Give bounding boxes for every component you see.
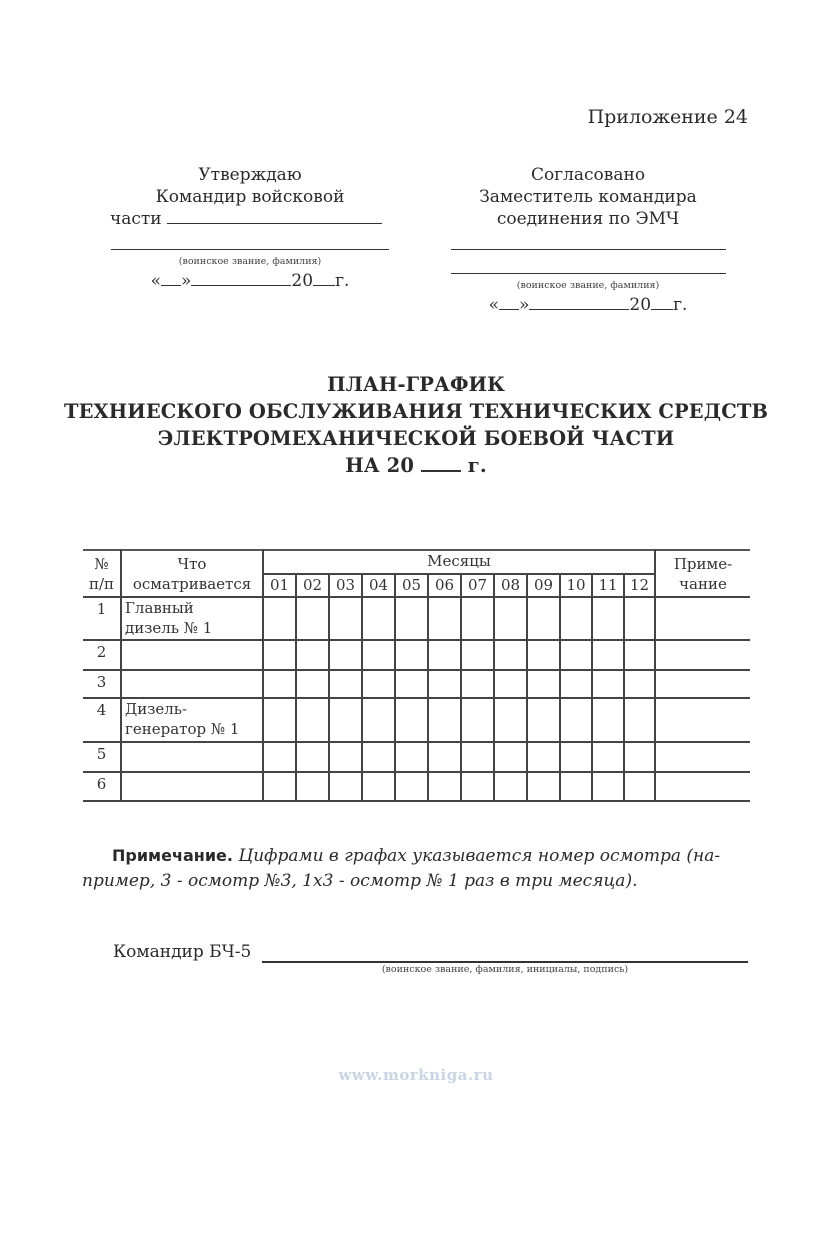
agree-position: Заместитель командира [438, 186, 738, 208]
month-cell[interactable] [592, 742, 624, 772]
month-cell[interactable] [428, 698, 461, 742]
title-line-3: ЭЛЕКТРОМЕХАНИЧЕСКОЙ БОЕВОЙ ЧАСТИ [0, 425, 832, 452]
month-cell[interactable] [362, 698, 395, 742]
month-header: 07 [461, 574, 494, 597]
approve-month-field[interactable] [191, 285, 291, 286]
month-cell[interactable] [263, 742, 296, 772]
month-cell[interactable] [395, 698, 428, 742]
month-cell[interactable] [428, 670, 461, 698]
row-what-inspected[interactable] [121, 670, 263, 698]
month-cell[interactable] [329, 670, 362, 698]
month-cell[interactable] [263, 670, 296, 698]
month-cell[interactable] [263, 597, 296, 640]
month-cell[interactable] [592, 597, 624, 640]
agree-block: Согласовано Заместитель командира соедин… [438, 164, 738, 316]
month-cell[interactable] [560, 597, 592, 640]
title-year-field[interactable] [421, 470, 461, 472]
row-number: 4 [83, 698, 121, 742]
month-cell[interactable] [592, 640, 624, 670]
document-title: ПЛАН-ГРАФИК ТЕХНИЕСКОГО ОБСЛУЖИВАНИЯ ТЕХ… [0, 371, 832, 479]
month-cell[interactable] [461, 640, 494, 670]
month-cell[interactable] [329, 742, 362, 772]
month-cell[interactable] [428, 597, 461, 640]
month-cell[interactable] [461, 742, 494, 772]
month-header: 01 [263, 574, 296, 597]
approve-block: Утверждаю Командир войсковой части (воин… [100, 164, 400, 292]
month-cell[interactable] [329, 640, 362, 670]
month-header: 03 [329, 574, 362, 597]
signature-caption: (воинское звание, фамилия, инициалы, под… [262, 964, 748, 976]
month-header: 04 [362, 574, 395, 597]
row-note-cell[interactable] [655, 670, 750, 698]
row-number: 2 [83, 640, 121, 670]
row-what-inspected[interactable] [121, 640, 263, 670]
month-cell[interactable] [494, 772, 527, 801]
month-cell[interactable] [395, 772, 428, 801]
month-cell[interactable] [296, 640, 329, 670]
month-cell[interactable] [494, 640, 527, 670]
month-cell[interactable] [560, 772, 592, 801]
month-cell[interactable] [624, 742, 655, 772]
month-cell[interactable] [296, 670, 329, 698]
row-note-cell[interactable] [655, 698, 750, 742]
note-label: Примечание. [82, 846, 233, 865]
month-cell[interactable] [395, 670, 428, 698]
agree-year-field[interactable] [651, 309, 673, 310]
month-cell[interactable] [494, 597, 527, 640]
month-cell[interactable] [296, 772, 329, 801]
agree-heading: Согласовано [438, 164, 738, 186]
table-row: 6 [83, 772, 750, 801]
row-number: 3 [83, 670, 121, 698]
month-cell[interactable] [296, 698, 329, 742]
table-row: 3 [83, 670, 750, 698]
month-cell[interactable] [461, 670, 494, 698]
header-note: Приме- чание [655, 550, 750, 597]
month-cell[interactable] [592, 670, 624, 698]
table-row: 4Дизель-генератор № 1 [83, 698, 750, 742]
month-cell[interactable] [329, 772, 362, 801]
month-cell[interactable] [329, 597, 362, 640]
month-header: 09 [527, 574, 560, 597]
approve-unit-field[interactable] [167, 223, 382, 224]
appendix-label: Приложение 24 [588, 106, 748, 128]
month-cell[interactable] [395, 640, 428, 670]
month-header: 08 [494, 574, 527, 597]
agree-day-field[interactable] [499, 309, 519, 310]
month-cell[interactable] [527, 742, 560, 772]
month-cell[interactable] [527, 640, 560, 670]
agree-date: «»20г. [438, 294, 738, 316]
month-cell[interactable] [494, 742, 527, 772]
month-cell[interactable] [624, 670, 655, 698]
month-cell[interactable] [329, 698, 362, 742]
approve-year-field[interactable] [313, 285, 335, 286]
month-cell[interactable] [362, 742, 395, 772]
schedule-table: № п/п Что осматривается Месяцы Приме- ча… [83, 549, 750, 802]
month-cell[interactable] [592, 772, 624, 801]
title-line-1: ПЛАН-ГРАФИК [0, 371, 832, 398]
month-cell[interactable] [560, 640, 592, 670]
month-cell[interactable] [624, 698, 655, 742]
table-row: 1Главныйдизель № 1 [83, 597, 750, 640]
header-what: Что осматривается [121, 550, 263, 597]
month-cell[interactable] [428, 742, 461, 772]
month-cell[interactable] [560, 742, 592, 772]
agree-field-1[interactable] [451, 249, 726, 250]
month-cell[interactable] [263, 772, 296, 801]
month-cell[interactable] [527, 670, 560, 698]
title-line-4: НА 20 г. [0, 452, 832, 479]
month-cell[interactable] [428, 772, 461, 801]
month-cell[interactable] [428, 640, 461, 670]
signature-field[interactable] [262, 961, 748, 963]
month-cell[interactable] [395, 742, 428, 772]
month-cell[interactable] [263, 640, 296, 670]
row-note-cell[interactable] [655, 640, 750, 670]
month-cell[interactable] [362, 772, 395, 801]
row-what-inspected[interactable] [121, 742, 263, 772]
month-header: 02 [296, 574, 329, 597]
agree-month-field[interactable] [529, 309, 629, 310]
month-cell[interactable] [296, 597, 329, 640]
month-cell[interactable] [494, 698, 527, 742]
approve-rank-caption: (воинское звание, фамилия) [100, 256, 400, 268]
approve-day-field[interactable] [161, 285, 181, 286]
month-cell[interactable] [362, 640, 395, 670]
month-cell[interactable] [461, 698, 494, 742]
month-cell[interactable] [296, 742, 329, 772]
month-cell[interactable] [362, 670, 395, 698]
month-cell[interactable] [624, 597, 655, 640]
agree-rank-name-field[interactable] [451, 273, 726, 274]
month-cell[interactable] [527, 597, 560, 640]
month-cell[interactable] [461, 597, 494, 640]
month-cell[interactable] [560, 698, 592, 742]
watermark: www.morkniga.ru [0, 1066, 832, 1084]
signature-label: Командир БЧ-5 [113, 942, 251, 962]
approve-rank-name-field[interactable] [111, 249, 389, 250]
row-what-inspected[interactable]: Дизель-генератор № 1 [121, 698, 263, 742]
approve-position: Командир войсковой [100, 186, 400, 208]
header-months: Месяцы [263, 550, 655, 574]
month-cell[interactable] [362, 597, 395, 640]
header-num: № п/п [83, 550, 121, 597]
agree-position-unit: соединения по ЭМЧ [438, 208, 738, 230]
month-cell[interactable] [624, 772, 655, 801]
row-what-inspected[interactable]: Главныйдизель № 1 [121, 597, 263, 640]
approve-unit-label: части [110, 209, 162, 229]
title-line-2: ТЕХНИЕСКОГО ОБСЛУЖИВАНИЯ ТЕХНИЧЕСКИХ СРЕ… [0, 398, 832, 425]
note-paragraph: Примечание. Цифрами в графах указывается… [82, 843, 752, 894]
month-cell[interactable] [494, 670, 527, 698]
month-cell[interactable] [624, 640, 655, 670]
approve-date: «»20г. [100, 270, 400, 292]
month-cell[interactable] [263, 698, 296, 742]
month-cell[interactable] [560, 670, 592, 698]
month-cell[interactable] [461, 772, 494, 801]
month-cell[interactable] [592, 698, 624, 742]
month-header: 11 [592, 574, 624, 597]
month-cell[interactable] [527, 772, 560, 801]
row-what-inspected[interactable] [121, 772, 263, 801]
month-header: 06 [428, 574, 461, 597]
month-cell[interactable] [395, 597, 428, 640]
month-header: 12 [624, 574, 655, 597]
row-note-cell[interactable] [655, 772, 750, 801]
table-row: 5 [83, 742, 750, 772]
row-number: 5 [83, 742, 121, 772]
row-note-cell[interactable] [655, 742, 750, 772]
agree-rank-caption: (воинское звание, фамилия) [438, 280, 738, 292]
row-note-cell[interactable] [655, 597, 750, 640]
month-header: 05 [395, 574, 428, 597]
month-cell[interactable] [527, 698, 560, 742]
row-number: 1 [83, 597, 121, 640]
row-number: 6 [83, 772, 121, 801]
month-header: 10 [560, 574, 592, 597]
approve-heading: Утверждаю [100, 164, 400, 186]
table-row: 2 [83, 640, 750, 670]
